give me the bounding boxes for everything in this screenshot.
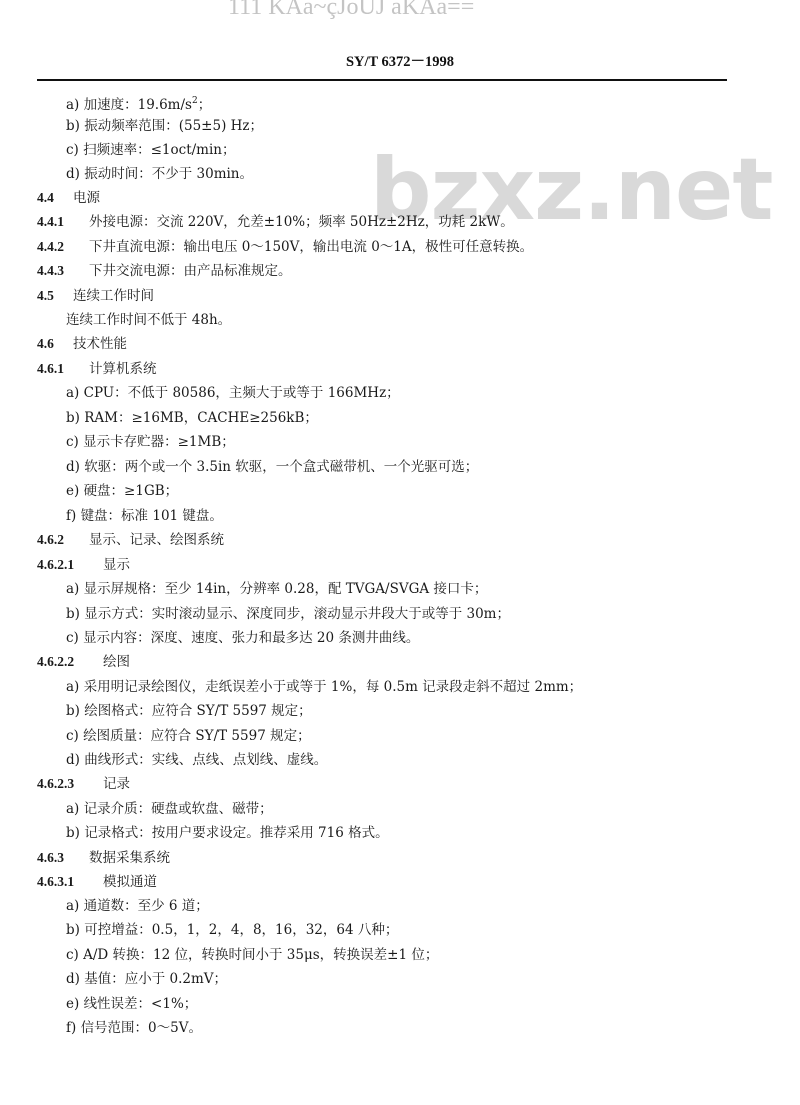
document-body-continued [0, 0, 800, 1105]
